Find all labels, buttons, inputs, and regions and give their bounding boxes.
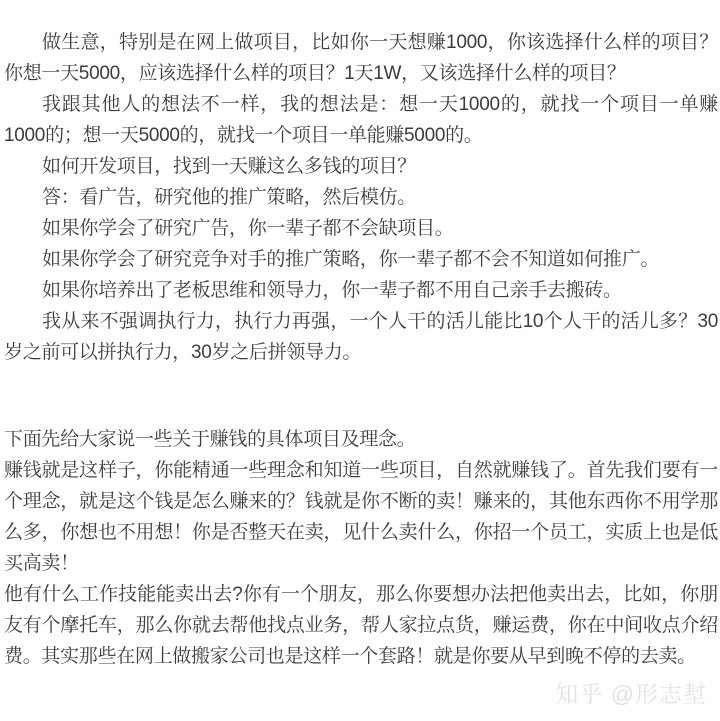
paragraph: 他有什么工作技能能卖出去?你有一个朋友，那么你要想办法把他卖出去，比如，你朋友有… — [4, 579, 718, 672]
paragraph: 我从来不强调执行力，执行力再强，一个人干的活儿能比10个人干的活儿多？30岁之前… — [4, 306, 718, 368]
paragraph: 如果你学会了研究竞争对手的推广策略，你一辈子都不会不知道如何推广。 — [4, 244, 718, 275]
body-section: 下面先给大家说一些关于赚钱的具体项目及理念。 赚钱就是这样子，你能精通一些理念和… — [4, 424, 718, 672]
paragraph: 如果你培养出了老板思维和领导力，你一辈子都不用自己亲手去搬砖。 — [4, 275, 718, 306]
intro-section: 做生意，特别是在网上做项目，比如你一天想赚1000，你该选择什么样的项目？你想一… — [4, 27, 718, 368]
answer-text: 做生意，特别是在网上做项目，比如你一天想赚1000，你该选择什么样的项目？你想一… — [0, 0, 720, 672]
paragraph: 答：看广告，研究他的推广策略，然后模仿。 — [4, 182, 718, 213]
paragraph: 如何开发项目，找到一天赚这么多钱的项目？ — [4, 151, 718, 182]
section-divider-space — [4, 368, 718, 424]
paragraph: 做生意，特别是在网上做项目，比如你一天想赚1000，你该选择什么样的项目？你想一… — [4, 27, 718, 89]
paragraph: 赚钱就是这样子，你能精通一些理念和知道一些项目，自然就赚钱了。首先我们要有一个理… — [4, 455, 718, 579]
paragraph: 我跟其他人的想法不一样，我的想法是：想一天1000的，就找一个项目一单赚1000… — [4, 89, 718, 151]
paragraph: 如果你学会了研究广告，你一辈子都不会缺项目。 — [4, 213, 718, 244]
zhihu-watermark: 知乎 @形志堼 — [555, 676, 707, 709]
paragraph: 下面先给大家说一些关于赚钱的具体项目及理念。 — [4, 424, 718, 455]
